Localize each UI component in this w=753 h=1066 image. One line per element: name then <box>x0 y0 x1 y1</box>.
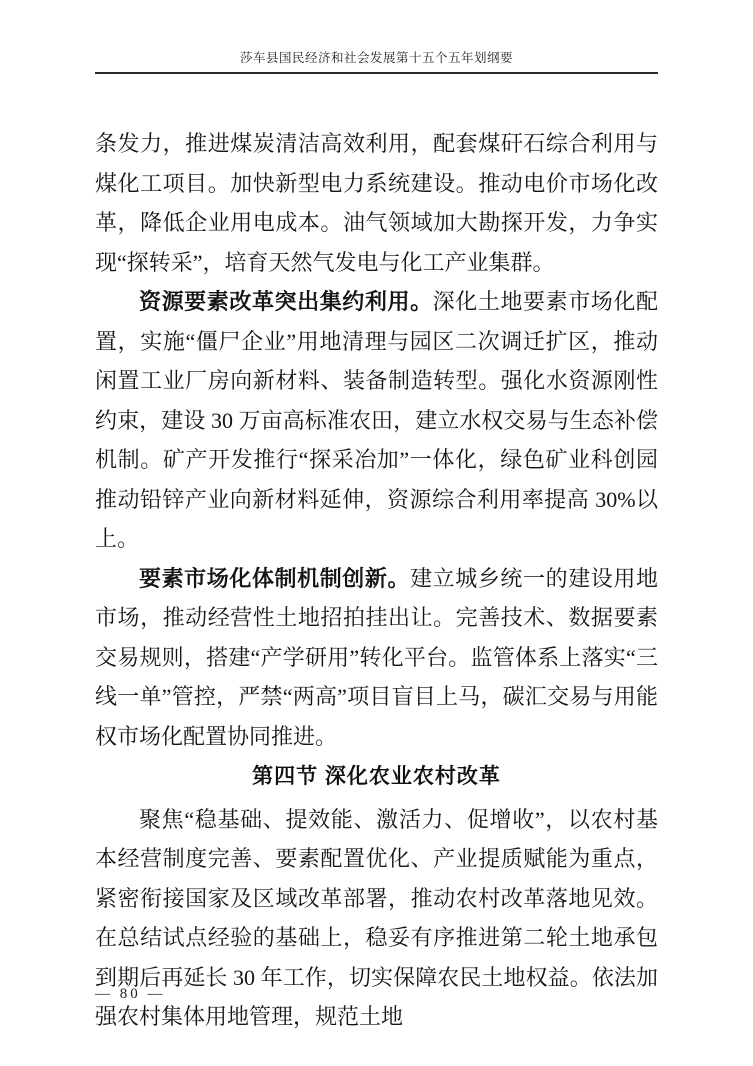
paragraph: 资源要素改革突出集约利用。深化土地要素市场化配置，实施“僵尸企业”用地清理与园区… <box>95 282 658 559</box>
paragraph: 条发力，推进煤炭清洁高效利用，配套煤矸石综合利用与煤化工项目。加快新型电力系统建… <box>95 124 658 282</box>
document-page: 莎车县国民经济和社会发展第十五个五年划纲要 条发力，推进煤炭清洁高效利用，配套煤… <box>0 0 753 1066</box>
paragraph-text: 建立城乡统一的建设用地市场，推动经营性土地招拍挂出让。完善技术、数据要素交易规则… <box>95 566 658 749</box>
paragraph: 聚焦“稳基础、提效能、激活力、促增收”，以农村基本经营制度完善、要素配置优化、产… <box>95 800 658 1037</box>
document-body: 条发力，推进煤炭清洁高效利用，配套煤矸石综合利用与煤化工项目。加快新型电力系统建… <box>95 124 658 1037</box>
paragraph-lead: 要素市场化体制机制创新。 <box>139 566 410 591</box>
paragraph-text: 深化土地要素市场化配置，实施“僵尸企业”用地清理与园区二次调迁扩区，推动闲置工业… <box>95 289 658 551</box>
page-footer: — 80 — <box>95 986 166 1003</box>
section-heading: 第四节 深化农业农村改革 <box>95 757 658 797</box>
header-title: 莎车县国民经济和社会发展第十五个五年划纲要 <box>240 51 513 65</box>
page-number: — 80 — <box>95 986 166 1002</box>
paragraph-text: 聚焦“稳基础、提效能、激活力、促增收”，以农村基本经营制度完善、要素配置优化、产… <box>95 807 658 1030</box>
page-header: 莎车县国民经济和社会发展第十五个五年划纲要 <box>95 48 658 74</box>
paragraph: 要素市场化体制机制创新。建立城乡统一的建设用地市场，推动经营性土地招拍挂出让。完… <box>95 559 658 757</box>
paragraph-text: 条发力，推进煤炭清洁高效利用，配套煤矸石综合利用与煤化工项目。加快新型电力系统建… <box>95 131 658 275</box>
paragraph-lead: 资源要素改革突出集约利用。 <box>139 289 433 314</box>
